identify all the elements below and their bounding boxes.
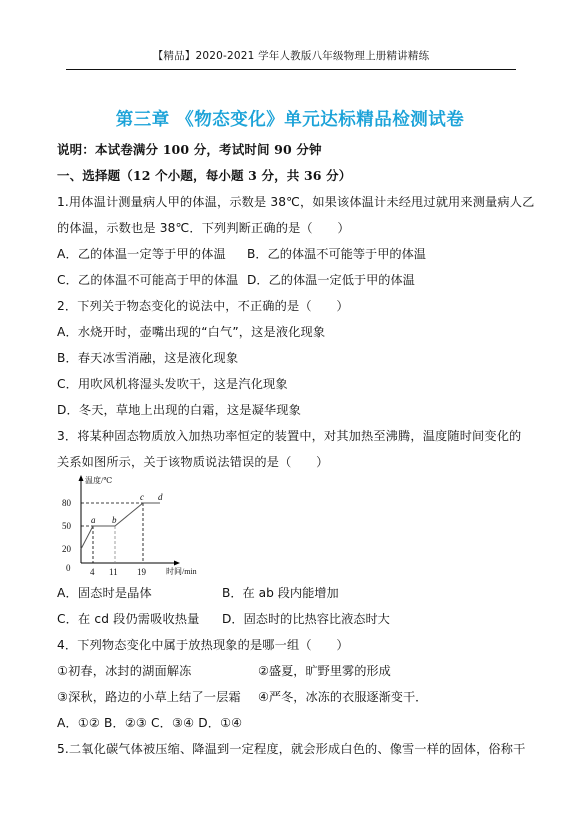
svg-text:0: 0 bbox=[66, 563, 71, 573]
svg-text:4: 4 bbox=[90, 567, 95, 577]
q2-option-d: D．冬天，草地上出现的白霜，这是凝华现象 bbox=[57, 401, 301, 418]
q4-item-4: ④严冬，冰冻的衣服逐渐变干． bbox=[258, 688, 427, 705]
q3-stem-line2: 关系如图所示，关于该物质说法错误的是（ ） bbox=[57, 453, 328, 470]
q4-item-1: ①初春，冰封的湖面解冻 bbox=[57, 662, 191, 679]
q2-stem: 2．下列关于物态变化的说法中，不正确的是（ ） bbox=[57, 297, 349, 314]
q2-option-b: B．春天冰雪消融，这是液化现象 bbox=[57, 349, 238, 366]
q1-option-d: D．乙的体温一定低于甲的体温 bbox=[247, 271, 415, 288]
q4-stem: 4．下列物态变化中属于放热现象的是哪一组（ ） bbox=[57, 636, 349, 653]
q3-option-d: D．固态时的比热容比液态时大 bbox=[222, 610, 390, 627]
svg-text:80: 80 bbox=[62, 498, 72, 508]
svg-text:11: 11 bbox=[109, 567, 118, 577]
svg-text:19: 19 bbox=[137, 567, 147, 577]
q3-option-b: B．在 ab 段内能增加 bbox=[222, 584, 339, 601]
header-divider bbox=[66, 69, 516, 70]
q2-option-a: A．水烧开时，壶嘴出现的“白气”，这是液化现象 bbox=[57, 323, 325, 340]
svg-text:d: d bbox=[158, 492, 163, 502]
q1-stem-line1: 1.用体温计测量病人甲的体温，示数是 38℃，如果该体温计未经甩过就用来测量病人… bbox=[57, 193, 534, 210]
q3-option-a: A．固态时是晶体 bbox=[57, 584, 152, 601]
svg-text:a: a bbox=[91, 515, 96, 525]
q4-item-2: ②盛夏，旷野里雾的形成 bbox=[258, 662, 391, 679]
q2-option-c: C．用吹风机将湿头发吹干，这是汽化现象 bbox=[57, 375, 288, 392]
svg-text:时间/min: 时间/min bbox=[166, 566, 197, 576]
svg-text:b: b bbox=[112, 515, 117, 525]
q1-stem-line2: 的体温，示数也是 38℃．下列判断正确的是（ ） bbox=[57, 219, 350, 236]
temperature-time-chart: 温度/℃ 80 50 20 0 4 11 19 a b c d 时间/min bbox=[58, 473, 198, 583]
page-header: 【精品】2020-2021 学年人教版八年级物理上册精讲精练 bbox=[66, 48, 516, 63]
q1-option-b: B．乙的体温不可能等于甲的体温 bbox=[247, 245, 426, 262]
exam-note: 说明：本试卷满分 100 分，考试时间 90 分钟 bbox=[57, 140, 322, 158]
q3-stem-line1: 3．将某种固态物质放入加热功率恒定的装置中，对其加热至沸腾，温度随时间变化的 bbox=[57, 427, 521, 444]
section-heading: 一、选择题（12 个小题，每小题 3 分，共 36 分） bbox=[57, 166, 351, 184]
q5-stem: 5.二氧化碳气体被压缩、降温到一定程度，就会形成白色的、像雪一样的固体，俗称干 bbox=[57, 740, 525, 757]
q1-option-c: C．乙的体温不可能高于甲的体温 bbox=[57, 271, 238, 288]
q4-options: A．①② B．②③ C．③④ D．①④ bbox=[57, 714, 242, 731]
exam-title: 第三章 《物态变化》单元达标精品检测试卷 bbox=[0, 106, 580, 131]
q3-option-c: C．在 cd 段仍需吸收热量 bbox=[57, 610, 199, 627]
svg-text:温度/℃: 温度/℃ bbox=[85, 475, 112, 485]
svg-text:20: 20 bbox=[62, 544, 72, 554]
q1-option-a: A．乙的体温一定等于甲的体温 bbox=[57, 245, 226, 262]
svg-text:50: 50 bbox=[62, 521, 72, 531]
q4-item-3: ③深秋，路边的小草上结了一层霜 bbox=[57, 688, 241, 705]
svg-text:c: c bbox=[140, 492, 144, 502]
